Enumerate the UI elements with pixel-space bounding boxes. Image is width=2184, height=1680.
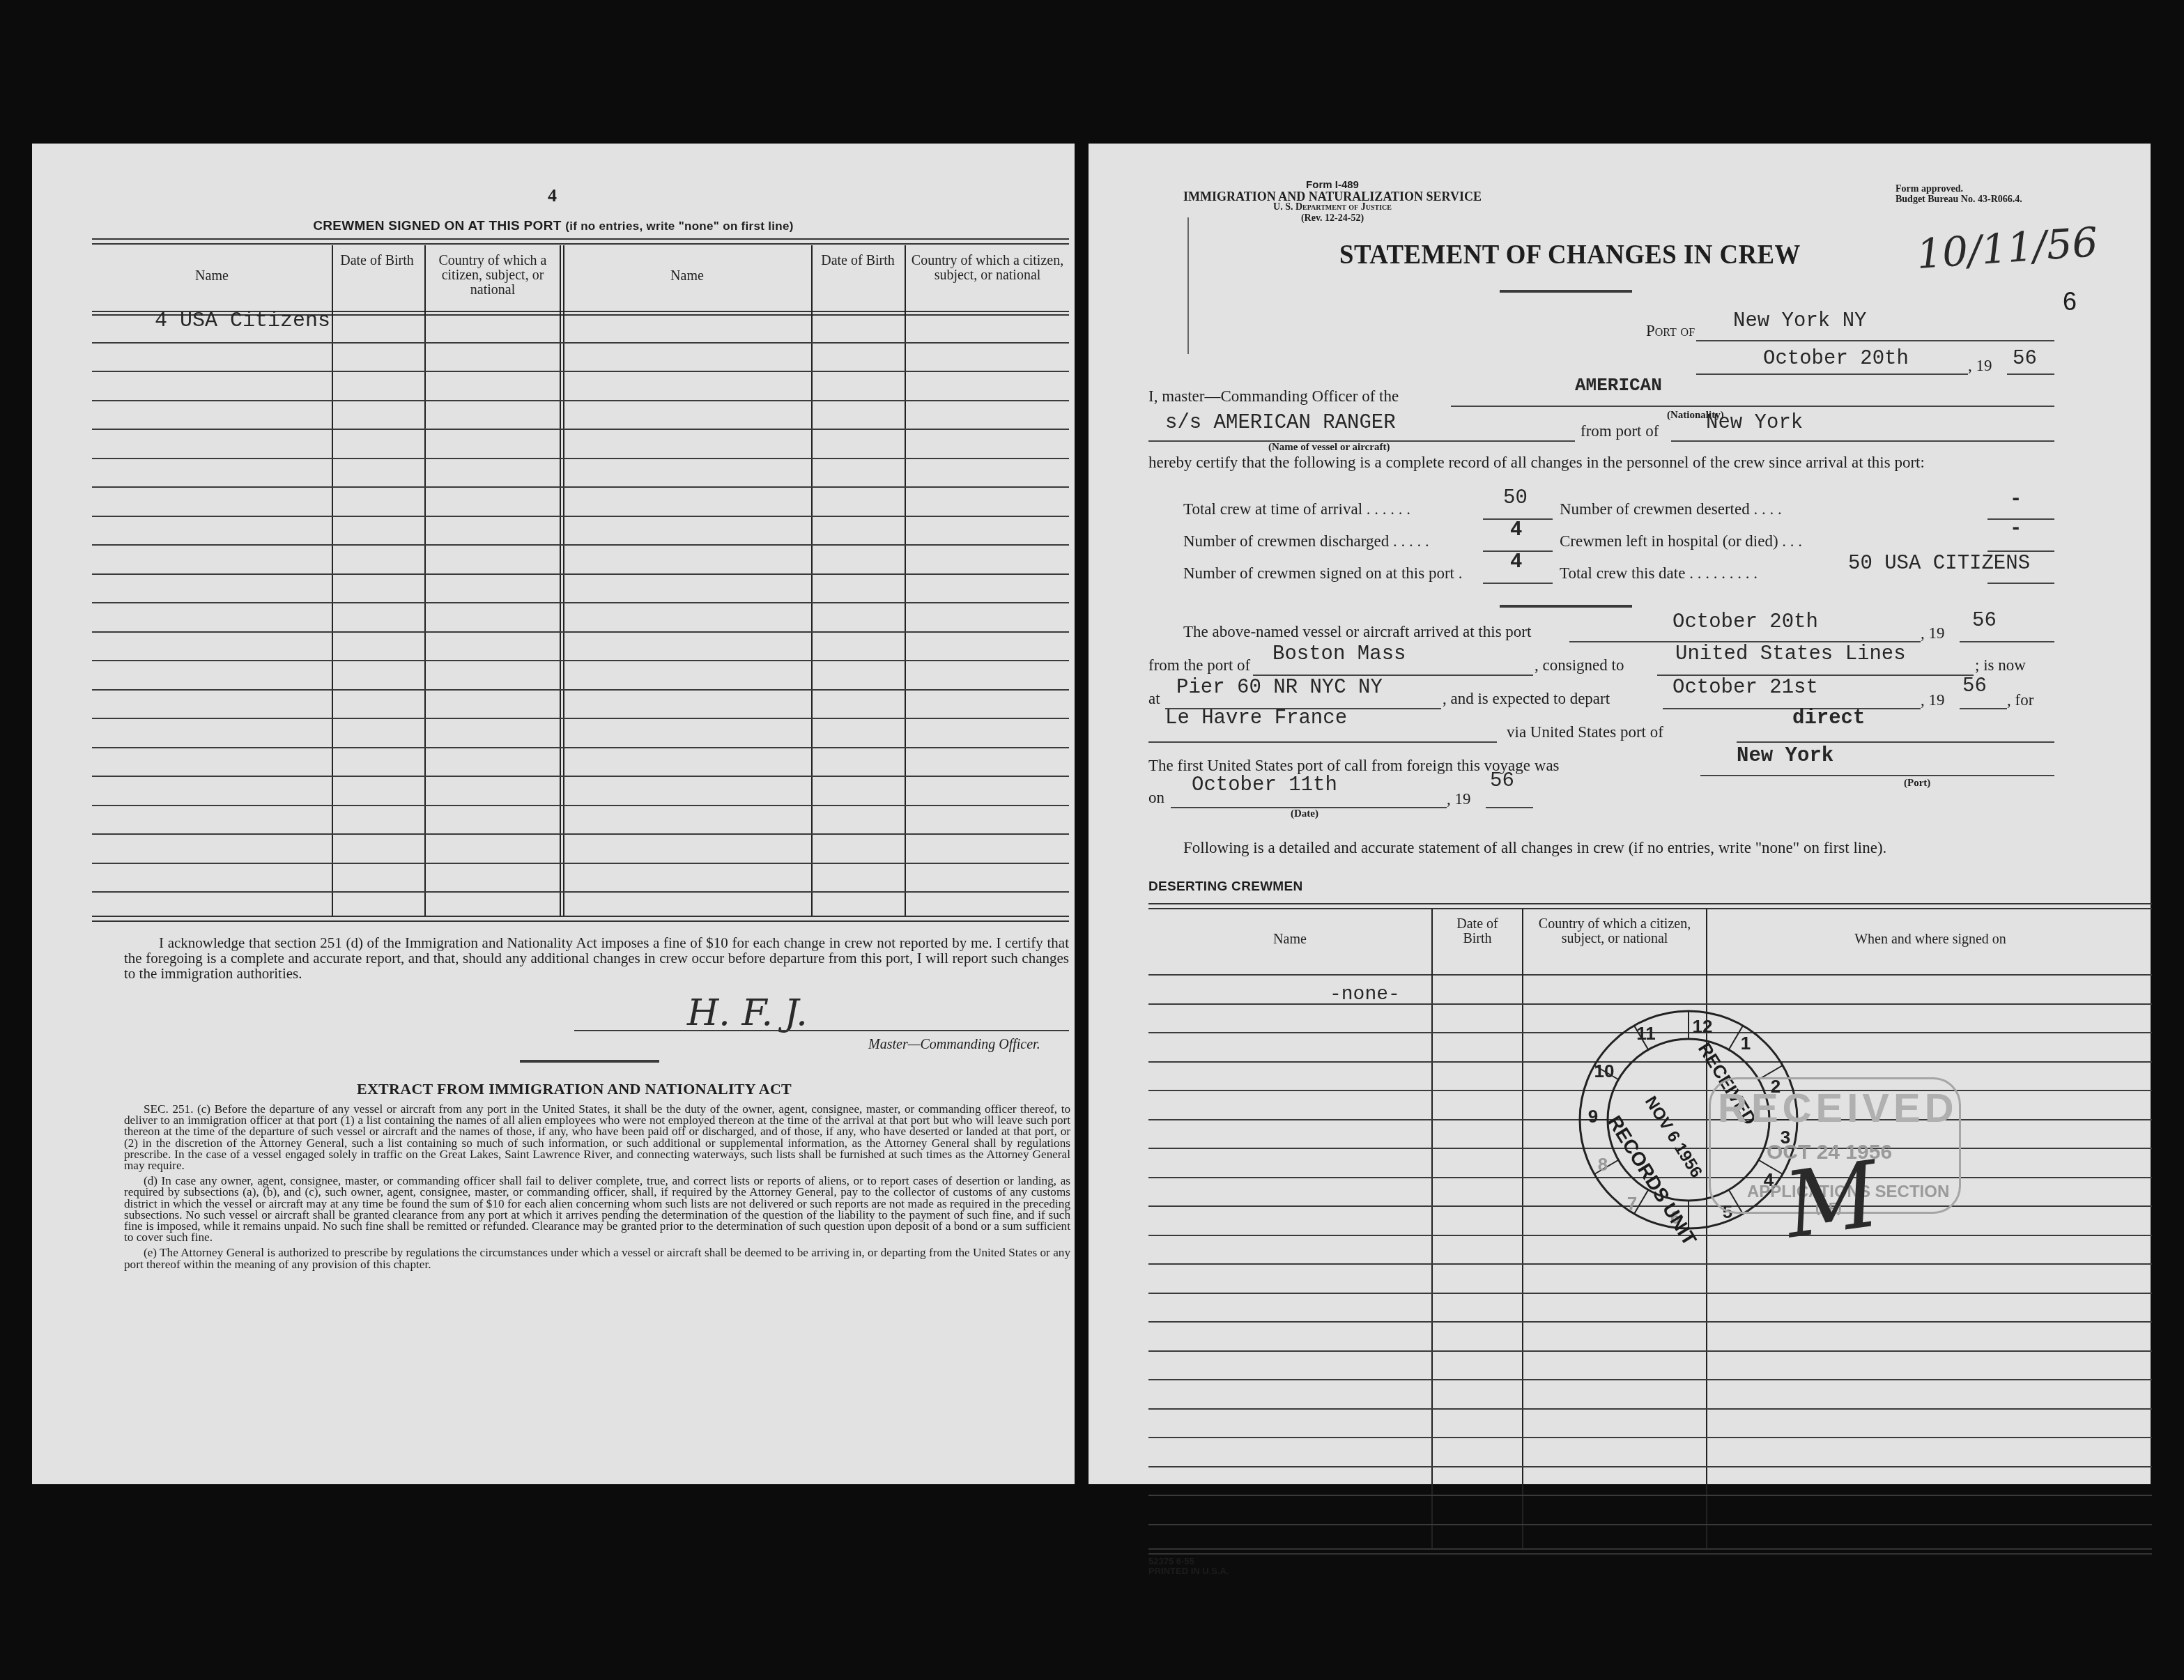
row-rule — [92, 342, 1069, 344]
on-year-prefix: , 19 — [1447, 790, 1471, 808]
consigned-label: , consigned to — [1535, 656, 1624, 675]
from-port-value: New York — [1706, 411, 1803, 434]
arrived-year-value: 56 — [1972, 609, 1997, 632]
row-rule — [92, 544, 1069, 546]
col-divider — [905, 245, 906, 916]
row-rule — [92, 689, 1069, 691]
col-divider — [424, 245, 426, 916]
extract-paragraph-d: (d) In case any owner, agent, consignee,… — [124, 1176, 1070, 1243]
count-label-deserted: Number of crewmen deserted . . . . — [1560, 500, 1782, 518]
depart-value: October 21st — [1672, 676, 1818, 699]
extract-title: EXTRACT FROM IMMIGRATION AND NATIONALITY… — [32, 1080, 1116, 1098]
col-divider-center — [560, 245, 564, 916]
row-rule — [1148, 1524, 2152, 1525]
row-rule — [1148, 1263, 2152, 1265]
title-underline — [1500, 290, 1632, 293]
signature-caption: Master—Commanding Officer. — [868, 1037, 1040, 1053]
from-the-port-value: Boston Mass — [1272, 642, 1406, 665]
col-header-name: Name — [92, 269, 332, 284]
count-label-arrival: Total crew at time of arrival . . . . . … — [1183, 500, 1410, 518]
via-field[interactable] — [1737, 722, 2054, 743]
crewmen-signed-on-instruction: (if no entries, write "none" on first li… — [565, 219, 793, 233]
row-rule — [92, 718, 1069, 719]
printed-in: PRINTED IN U.S.A. — [1148, 1566, 1229, 1576]
master-signature: H. F. J. — [687, 992, 808, 1034]
from-the-port-label: from the port of — [1148, 656, 1250, 675]
col-divider — [332, 245, 333, 916]
col-header-when-where: When and where signed on — [1709, 932, 2152, 947]
row-rule — [92, 747, 1069, 748]
form-revision: (Rev. 12-24-52) — [1144, 213, 1521, 224]
form-header: Form I-489 IMMIGRATION AND NATURALIZATIO… — [1144, 180, 1521, 224]
extract-paragraph-c: SEC. 251. (c) Before the departure of an… — [124, 1104, 1070, 1171]
stamp-received-faded: RECEIVED — [1718, 1085, 1958, 1132]
count-label-signed-on: Number of crewmen signed on at this port… — [1183, 564, 1463, 583]
depart-year-value: 56 — [1962, 675, 1987, 698]
deserting-crewmen-title: DESERTING CREWMEN — [1148, 879, 2152, 895]
divider-short — [520, 1060, 659, 1063]
count-label-total: Total crew this date . . . . . . . . . — [1560, 564, 1758, 583]
nationality-value: AMERICAN — [1575, 375, 1662, 396]
count-value-hospital: - — [2010, 517, 2022, 540]
row-rule — [1148, 1466, 2152, 1467]
from-port-label: from port of — [1581, 422, 1659, 440]
consigned-value: United States Lines — [1675, 642, 1906, 665]
svg-text:7: 7 — [1627, 1193, 1637, 1214]
row-rule — [1148, 1495, 2152, 1496]
row-rule — [1148, 1235, 2152, 1236]
col-header-name: Name — [1148, 932, 1431, 947]
page-number: 4 — [548, 185, 557, 206]
row-rule — [92, 573, 1069, 575]
svg-text:9: 9 — [1588, 1106, 1598, 1127]
row-rule — [1148, 1321, 2152, 1323]
acknowledgment-text: I acknowledge that section 251 (d) of th… — [124, 935, 1069, 981]
nationality-field[interactable] — [1451, 386, 2054, 407]
deserting-table-top-rule — [1148, 903, 2152, 909]
row-rule — [1148, 1408, 2152, 1410]
first-port-value: New York — [1737, 744, 1833, 767]
at-label: at — [1148, 690, 1160, 708]
form-approval: Form approved. Budget Bureau No. 43-R066… — [1895, 184, 2022, 205]
approval-line-2: Budget Bureau No. 43-R066.4. — [1895, 194, 2022, 205]
arrived-year-prefix: , 19 — [1921, 624, 1945, 642]
sheet-number: 6 — [2063, 287, 2077, 316]
port-caption: (Port) — [1904, 778, 1930, 789]
row-rule — [92, 400, 1069, 401]
crewmen-signed-on-heading: CREWMEN SIGNED ON AT THIS PORT (if no en… — [32, 219, 1075, 234]
table-top-rule — [92, 238, 1069, 245]
at-value: Pier 60 NR NYC NY — [1176, 676, 1383, 699]
row-rule — [92, 805, 1069, 806]
count-value-arrival: 50 — [1503, 486, 1528, 509]
crewmen-signed-on-title: CREWMEN SIGNED ON AT THIS PORT — [313, 219, 561, 233]
footer-print-info: 52375 6-55 PRINTED IN U.S.A. — [1148, 1557, 1229, 1576]
margin-mark — [1187, 217, 1189, 354]
signature-line — [574, 1030, 1069, 1031]
row-rule — [92, 631, 1069, 633]
row-rule — [92, 776, 1069, 777]
row-rule — [92, 371, 1069, 372]
depart-label: , and is expected to depart — [1443, 690, 1610, 708]
col-header-name-2: Name — [563, 269, 811, 284]
extract-text: SEC. 251. (c) Before the departure of an… — [124, 1104, 1070, 1274]
via-label: via United States port of — [1507, 723, 1663, 741]
col-header-country: Country of which a citizen, subject, or … — [1528, 917, 1702, 946]
handwritten-date: 10/11/56 — [1915, 218, 2100, 278]
row-rule — [92, 486, 1069, 488]
col-header-dob: Date of Birth — [339, 254, 415, 268]
svg-text:10: 10 — [1594, 1061, 1615, 1081]
vessel-caption: (Name of vessel or aircraft) — [1268, 442, 1390, 454]
master-label: I, master—Commanding Officer of the — [1148, 387, 1399, 406]
row-rule — [92, 429, 1069, 430]
count-label-discharged: Number of crewmen discharged . . . . . — [1183, 532, 1429, 550]
table-row-name[interactable]: 4 USA Citizens — [155, 309, 330, 333]
right-page: Form I-489 IMMIGRATION AND NATURALIZATIO… — [1089, 144, 2151, 1484]
row-rule — [92, 458, 1069, 459]
count-value-signed-on: 4 — [1510, 550, 1522, 573]
count-value-discharged: 4 — [1510, 518, 1522, 541]
col-header-country: Country of which a citizen, subject, or … — [426, 254, 559, 298]
svg-text:8: 8 — [1598, 1154, 1608, 1175]
destination-value: Le Havre France — [1165, 707, 1347, 730]
initials-mark: M — [1778, 1141, 1885, 1258]
for-label: , for — [2007, 691, 2033, 709]
arrived-label: The above-named vessel or aircraft arriv… — [1183, 623, 1531, 641]
table-bottom-rule — [92, 916, 1069, 922]
col-divider — [1431, 909, 1433, 1548]
col-divider — [1522, 909, 1523, 1548]
page-title: STATEMENT OF CHANGES IN CREW — [1339, 238, 1801, 270]
arrived-value: October 20th — [1672, 610, 1818, 633]
year-value: 56 — [2013, 347, 2037, 370]
row-rule — [1148, 1350, 2152, 1352]
divider-short — [1500, 605, 1632, 608]
following-text: Following is a detailed and accurate sta… — [1183, 840, 2061, 856]
col-divider — [811, 245, 813, 916]
port-label: Port of — [1646, 322, 1695, 340]
certify-text: hereby certify that the following is a c… — [1148, 454, 2054, 471]
col-header-country-2: Country of which a citizen, subject, or … — [907, 254, 1068, 283]
agency-name: IMMIGRATION AND NATURALIZATION SERVICE — [1144, 191, 1521, 202]
department-name: U. S. Department of Justice — [1144, 202, 1521, 213]
table-row-name[interactable]: -none- — [1330, 984, 1400, 1005]
on-year-value: 56 — [1490, 769, 1514, 792]
row-rule — [92, 833, 1069, 835]
svg-text:1: 1 — [1741, 1033, 1751, 1054]
print-code: 52375 6-55 — [1148, 1557, 1229, 1566]
count-value-deserted: - — [2010, 488, 2022, 511]
col-header-dob-2: Date of Birth — [818, 254, 898, 268]
via-value: direct — [1792, 707, 1865, 730]
year-prefix: , 19 — [1968, 357, 1992, 375]
svg-text:11: 11 — [1636, 1023, 1656, 1044]
col-header-dob: Date of Birth — [1443, 917, 1512, 946]
row-rule — [92, 863, 1069, 864]
row-rule — [92, 602, 1069, 603]
deserting-table-header-rule — [1148, 974, 2152, 976]
row-rule — [1148, 1437, 2152, 1438]
deserting-table-bottom-rule — [1148, 1548, 2152, 1555]
row-rule — [92, 516, 1069, 517]
count-label-hospital: Crewmen left in hospital (or died) . . . — [1560, 532, 1802, 550]
port-value: New York NY — [1733, 309, 1866, 332]
row-rule — [1148, 1379, 2152, 1380]
row-rule — [1148, 1003, 2152, 1005]
count-value-total: 50 USA CITIZENS — [1845, 552, 2033, 575]
left-page: 4 CREWMEN SIGNED ON AT THIS PORT (if no … — [32, 144, 1075, 1484]
approval-line-1: Form approved. — [1895, 184, 2022, 194]
on-value: October 11th — [1192, 773, 1337, 796]
on-label: on — [1148, 789, 1164, 807]
svg-text:12: 12 — [1693, 1016, 1713, 1037]
row-rule — [1148, 1293, 2152, 1294]
extract-paragraph-e: (e) The Attorney General is authorized t… — [124, 1247, 1070, 1270]
date-value: October 20th — [1763, 347, 1909, 370]
row-rule — [92, 660, 1069, 661]
vessel-value: s/s AMERICAN RANGER — [1165, 411, 1396, 434]
depart-year-prefix: , 19 — [1921, 691, 1945, 709]
is-now-label: ; is now — [1975, 656, 2026, 675]
date-caption: (Date) — [1291, 808, 1318, 820]
row-rule — [92, 891, 1069, 893]
